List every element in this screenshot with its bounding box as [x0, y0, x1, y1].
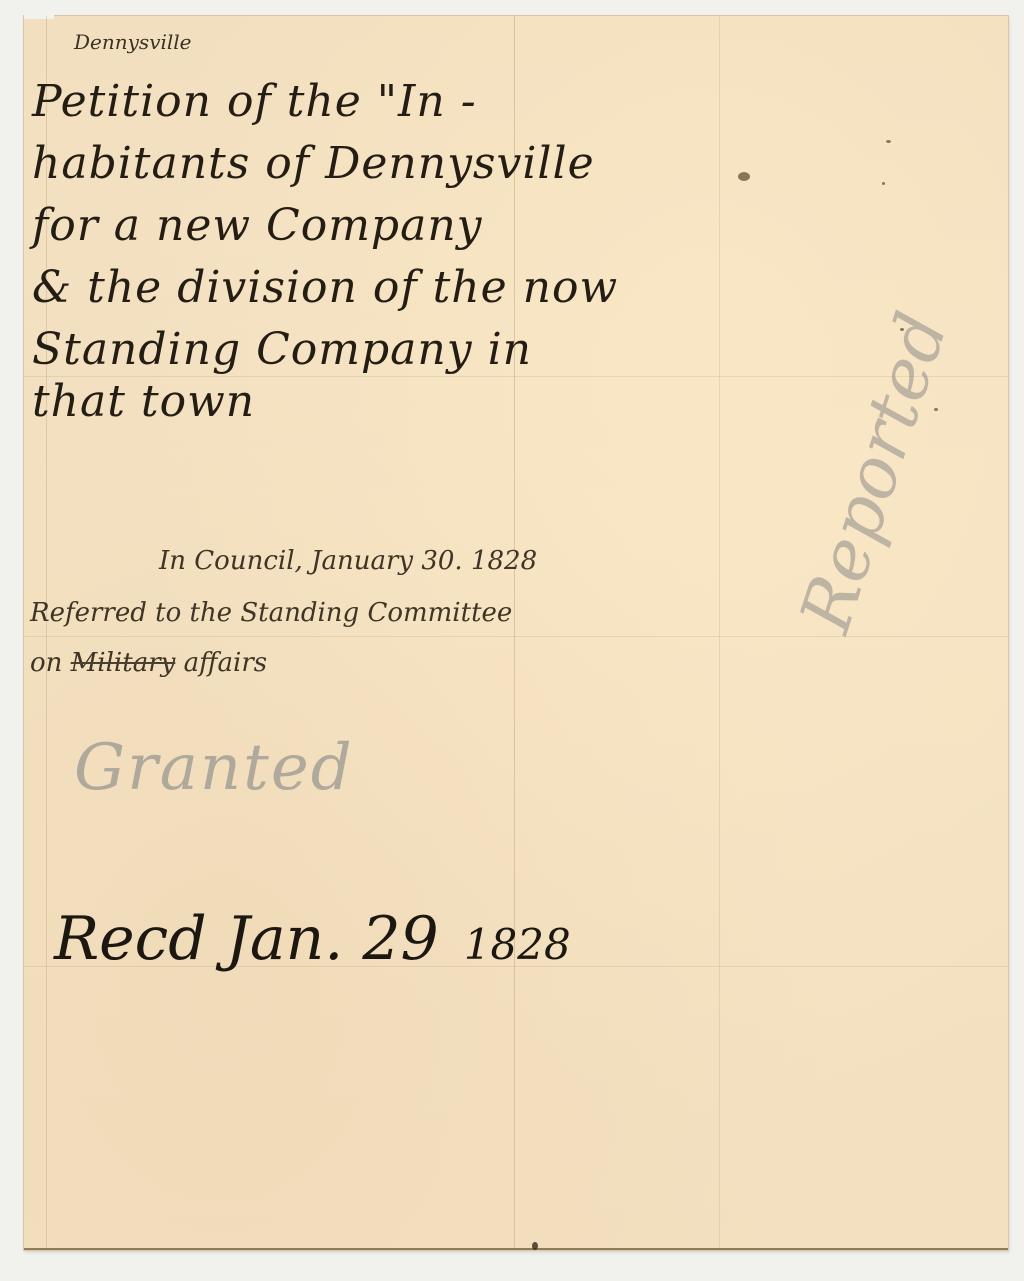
town-heading: Dennysville	[74, 30, 192, 54]
ink-spot	[886, 140, 891, 143]
council-date: In Council, January 30. 1828	[159, 546, 537, 576]
struck-word: Military	[71, 648, 176, 678]
committee-suffix: affairs	[184, 648, 268, 678]
ink-spot	[738, 172, 750, 181]
committee-prefix: on	[30, 648, 62, 678]
ink-spot	[882, 182, 885, 185]
torn-corner	[24, 13, 54, 19]
title-line: habitants of Dennysville	[32, 138, 595, 189]
title-line: that town	[32, 376, 255, 427]
fold-line	[719, 16, 720, 1248]
fold-line	[514, 16, 515, 1248]
manuscript-page: Dennysville Petition of the "In - habita…	[24, 16, 1008, 1250]
received-stamp: Recd Jan. 29 1828	[54, 904, 571, 974]
referral-line: Referred to the Standing Committee	[30, 598, 512, 628]
title-line: Petition of the "In -	[32, 76, 477, 127]
ink-spot	[532, 1242, 538, 1250]
title-line: for a new Company	[32, 200, 483, 251]
received-year: 1828	[464, 920, 571, 969]
received-date: Recd Jan. 29	[54, 904, 439, 974]
title-line: & the division of the now	[32, 262, 618, 313]
ink-spot	[934, 408, 938, 411]
ink-spot	[900, 328, 904, 331]
title-line: Standing Company in	[32, 324, 532, 375]
committee-line: on Military affairs	[30, 648, 267, 678]
pencil-margin-note: Reported	[784, 303, 964, 641]
pencil-decision: Granted	[74, 731, 354, 805]
